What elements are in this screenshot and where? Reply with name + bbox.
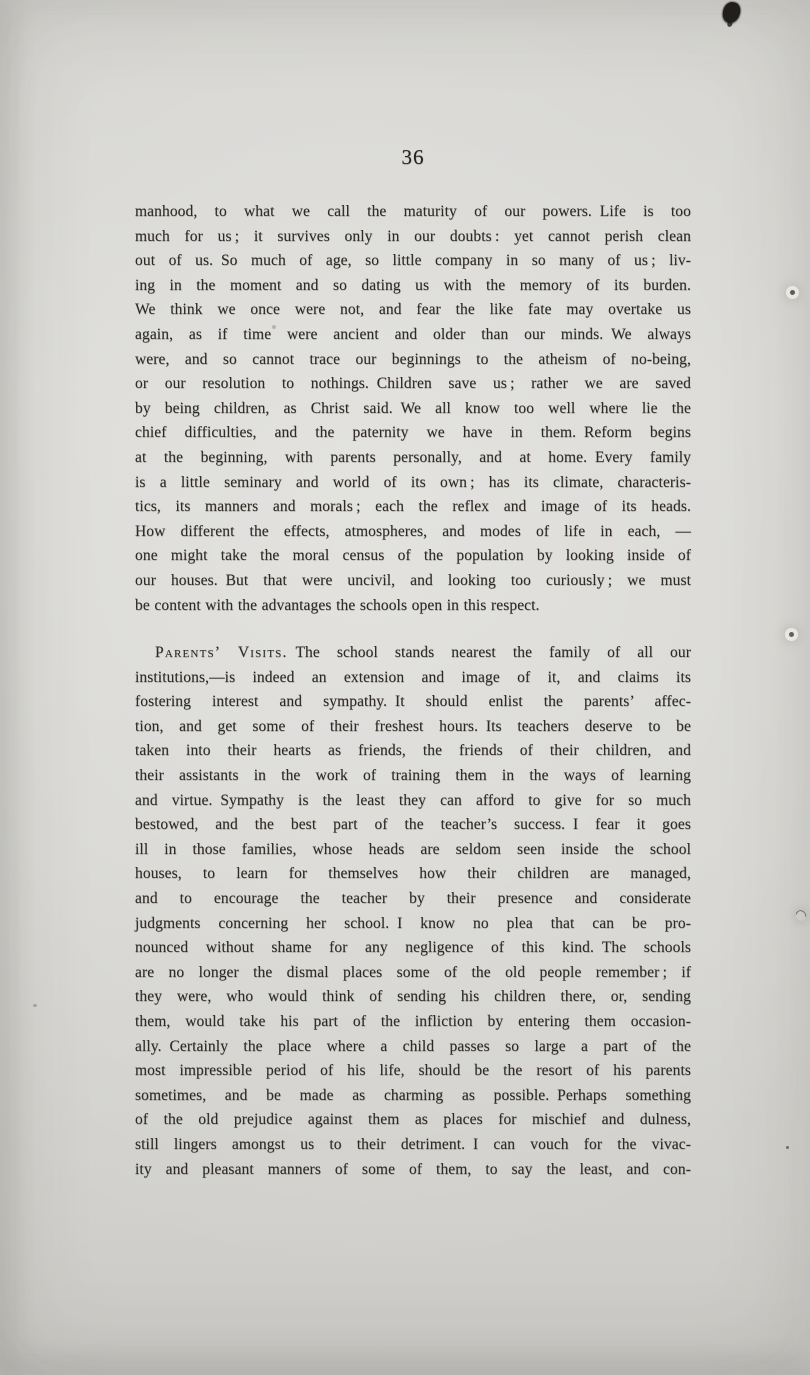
text-line: of the old prejudice against them as pla…	[135, 1108, 691, 1133]
text-line: at the beginning, with parents personall…	[135, 446, 691, 471]
paper-speck	[789, 632, 794, 637]
run-in-heading: Parents’ Visits.	[155, 644, 288, 661]
page-content: 36 manhood, to what we call the maturity…	[135, 145, 691, 1182]
text-line: manhood, to what we call the maturity of…	[135, 200, 691, 225]
text-line: out of us. So much of age, so little com…	[135, 249, 691, 274]
text-line: their assistants in the work of training…	[135, 764, 691, 789]
paper-speck	[790, 290, 795, 295]
text-line: were, and so cannot trace our beginnings…	[135, 348, 691, 373]
text-line: bestowed, and the best part of the teach…	[135, 813, 691, 838]
text-line: taken into their hearts as friends, the …	[135, 739, 691, 764]
text-line: and to encourage the teacher by their pr…	[135, 887, 691, 912]
paragraph-manhood-continuation: manhood, to what we call the maturity of…	[135, 200, 691, 618]
text-line: ity and pleasant manners of some of them…	[135, 1158, 691, 1183]
text-line: our houses. But that were uncivil, and l…	[135, 569, 691, 594]
scanned-book-page: 36 manhood, to what we call the maturity…	[0, 0, 810, 1375]
text-line: by being children, as Christ said. We al…	[135, 397, 691, 422]
text-line: they were, who would think of sending hi…	[135, 985, 691, 1010]
text-line: again, as if time were ancient and older…	[135, 323, 691, 348]
text-line: fostering interest and sympathy. It shou…	[135, 690, 691, 715]
text-line: most impressible period of his life, sho…	[135, 1059, 691, 1084]
text-line: judgments concerning her school. I know …	[135, 912, 691, 937]
paper-speck	[33, 1004, 37, 1007]
text-line: still lingers amongst us to their detrim…	[135, 1133, 691, 1158]
text-line: and virtue. Sympathy is the least they c…	[135, 789, 691, 814]
text-line: nounced without shame for any negligence…	[135, 936, 691, 961]
text-line: much for us ; it survives only in our do…	[135, 225, 691, 250]
text-line: Parents’ Visits. The school stands neare…	[135, 641, 691, 666]
text-line: ill in those families, whose heads are s…	[135, 838, 691, 863]
ink-blot	[722, 1, 742, 24]
text-line: is a little seminary and world of its ow…	[135, 471, 691, 496]
text-line: be content with the advantages the schoo…	[135, 594, 691, 619]
paragraph-parents-visits: Parents’ Visits. The school stands neare…	[135, 641, 691, 1182]
text-line: are no longer the dismal places some of …	[135, 961, 691, 986]
text-line: ally. Certainly the place where a child …	[135, 1035, 691, 1060]
text-line: ing in the moment and so dating us with …	[135, 274, 691, 299]
text-line: We think we once were not, and fear the …	[135, 298, 691, 323]
text-line: one might take the moral census of the p…	[135, 544, 691, 569]
text-line: sometimes, and be made as charming as po…	[135, 1084, 691, 1109]
paper-speck	[786, 1146, 789, 1149]
text-line: chief difficulties, and the paternity we…	[135, 421, 691, 446]
text-line: them, would take his part of the inflict…	[135, 1010, 691, 1035]
text-line: or our resolution to nothings. Children …	[135, 372, 691, 397]
text-line: How different the effects, atmospheres, …	[135, 520, 691, 545]
paper-scratch	[794, 908, 809, 923]
text-line: institutions,—is indeed an extension and…	[135, 666, 691, 691]
text-line: houses, to learn for themselves how thei…	[135, 862, 691, 887]
text-line: tion, and get some of their freshest hou…	[135, 715, 691, 740]
text-line: tics, its manners and morals ; each the …	[135, 495, 691, 520]
page-number: 36	[135, 145, 691, 170]
